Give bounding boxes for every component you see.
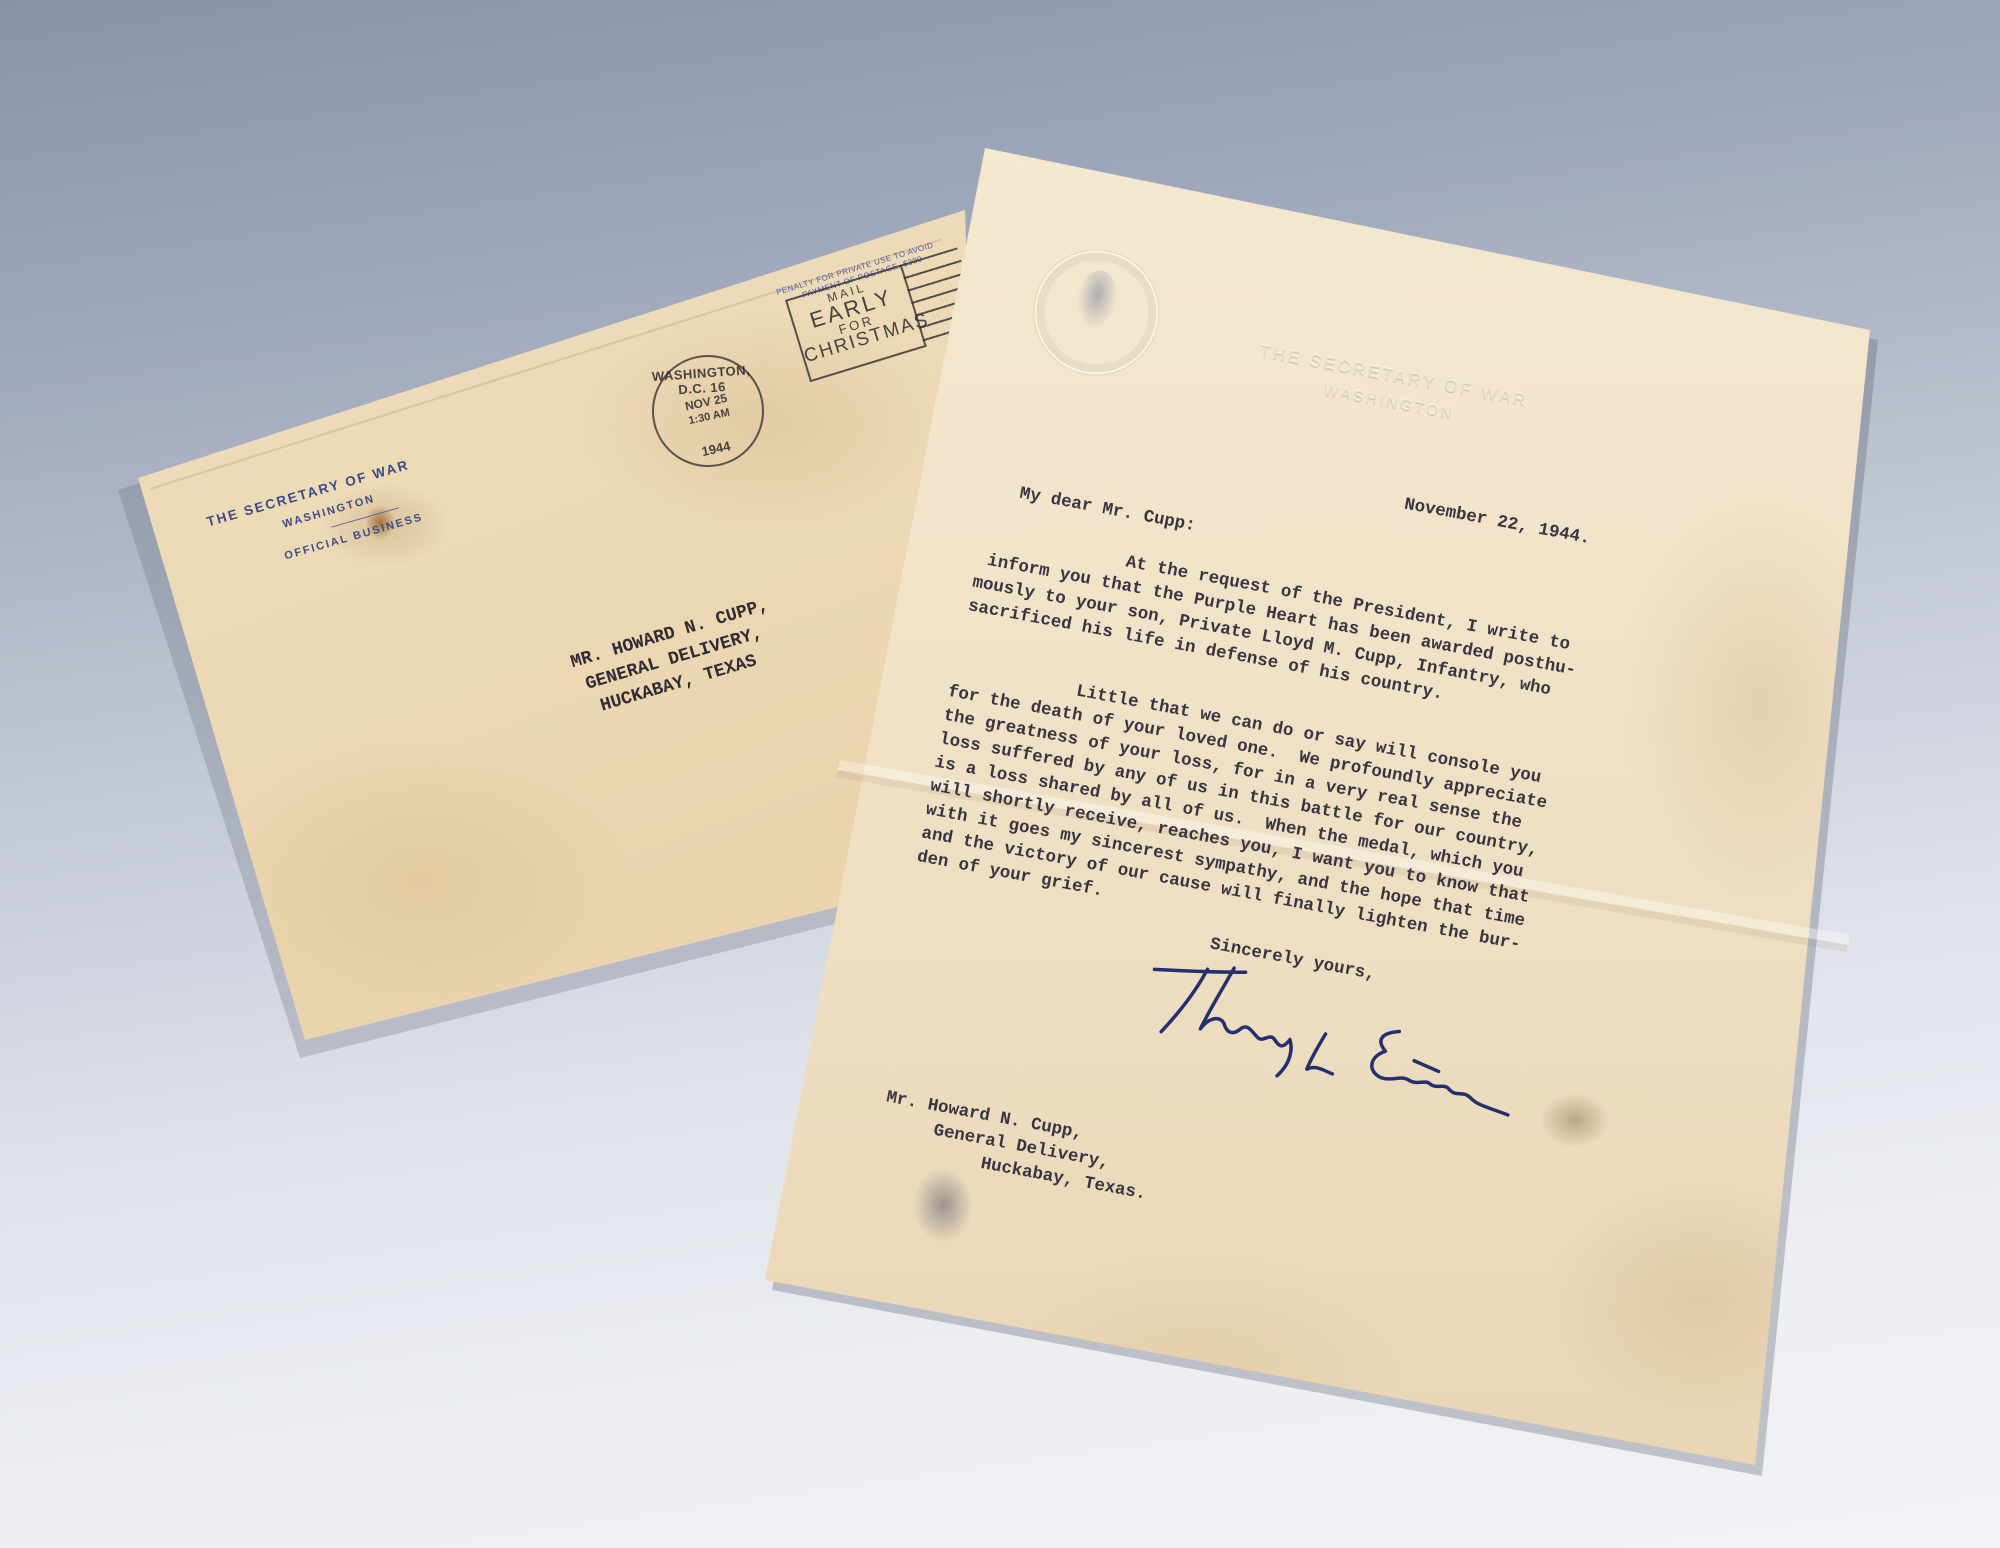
letter-addressee: Mr. Howard N. Cupp, General Delivery, Hu… [875,1085,1157,1206]
letter-salutation: My dear Mr. Cupp: [1018,482,1198,538]
seal-ink-smudge [1071,267,1121,333]
letter-date: November 22, 1944. [1402,493,1592,551]
letterhead: THE SECRETARY OF WAR WASHINGTON [1254,341,1530,435]
photo-scene: THE SECRETARY OF WAR WASHINGTON OFFICIAL… [0,0,2000,1548]
